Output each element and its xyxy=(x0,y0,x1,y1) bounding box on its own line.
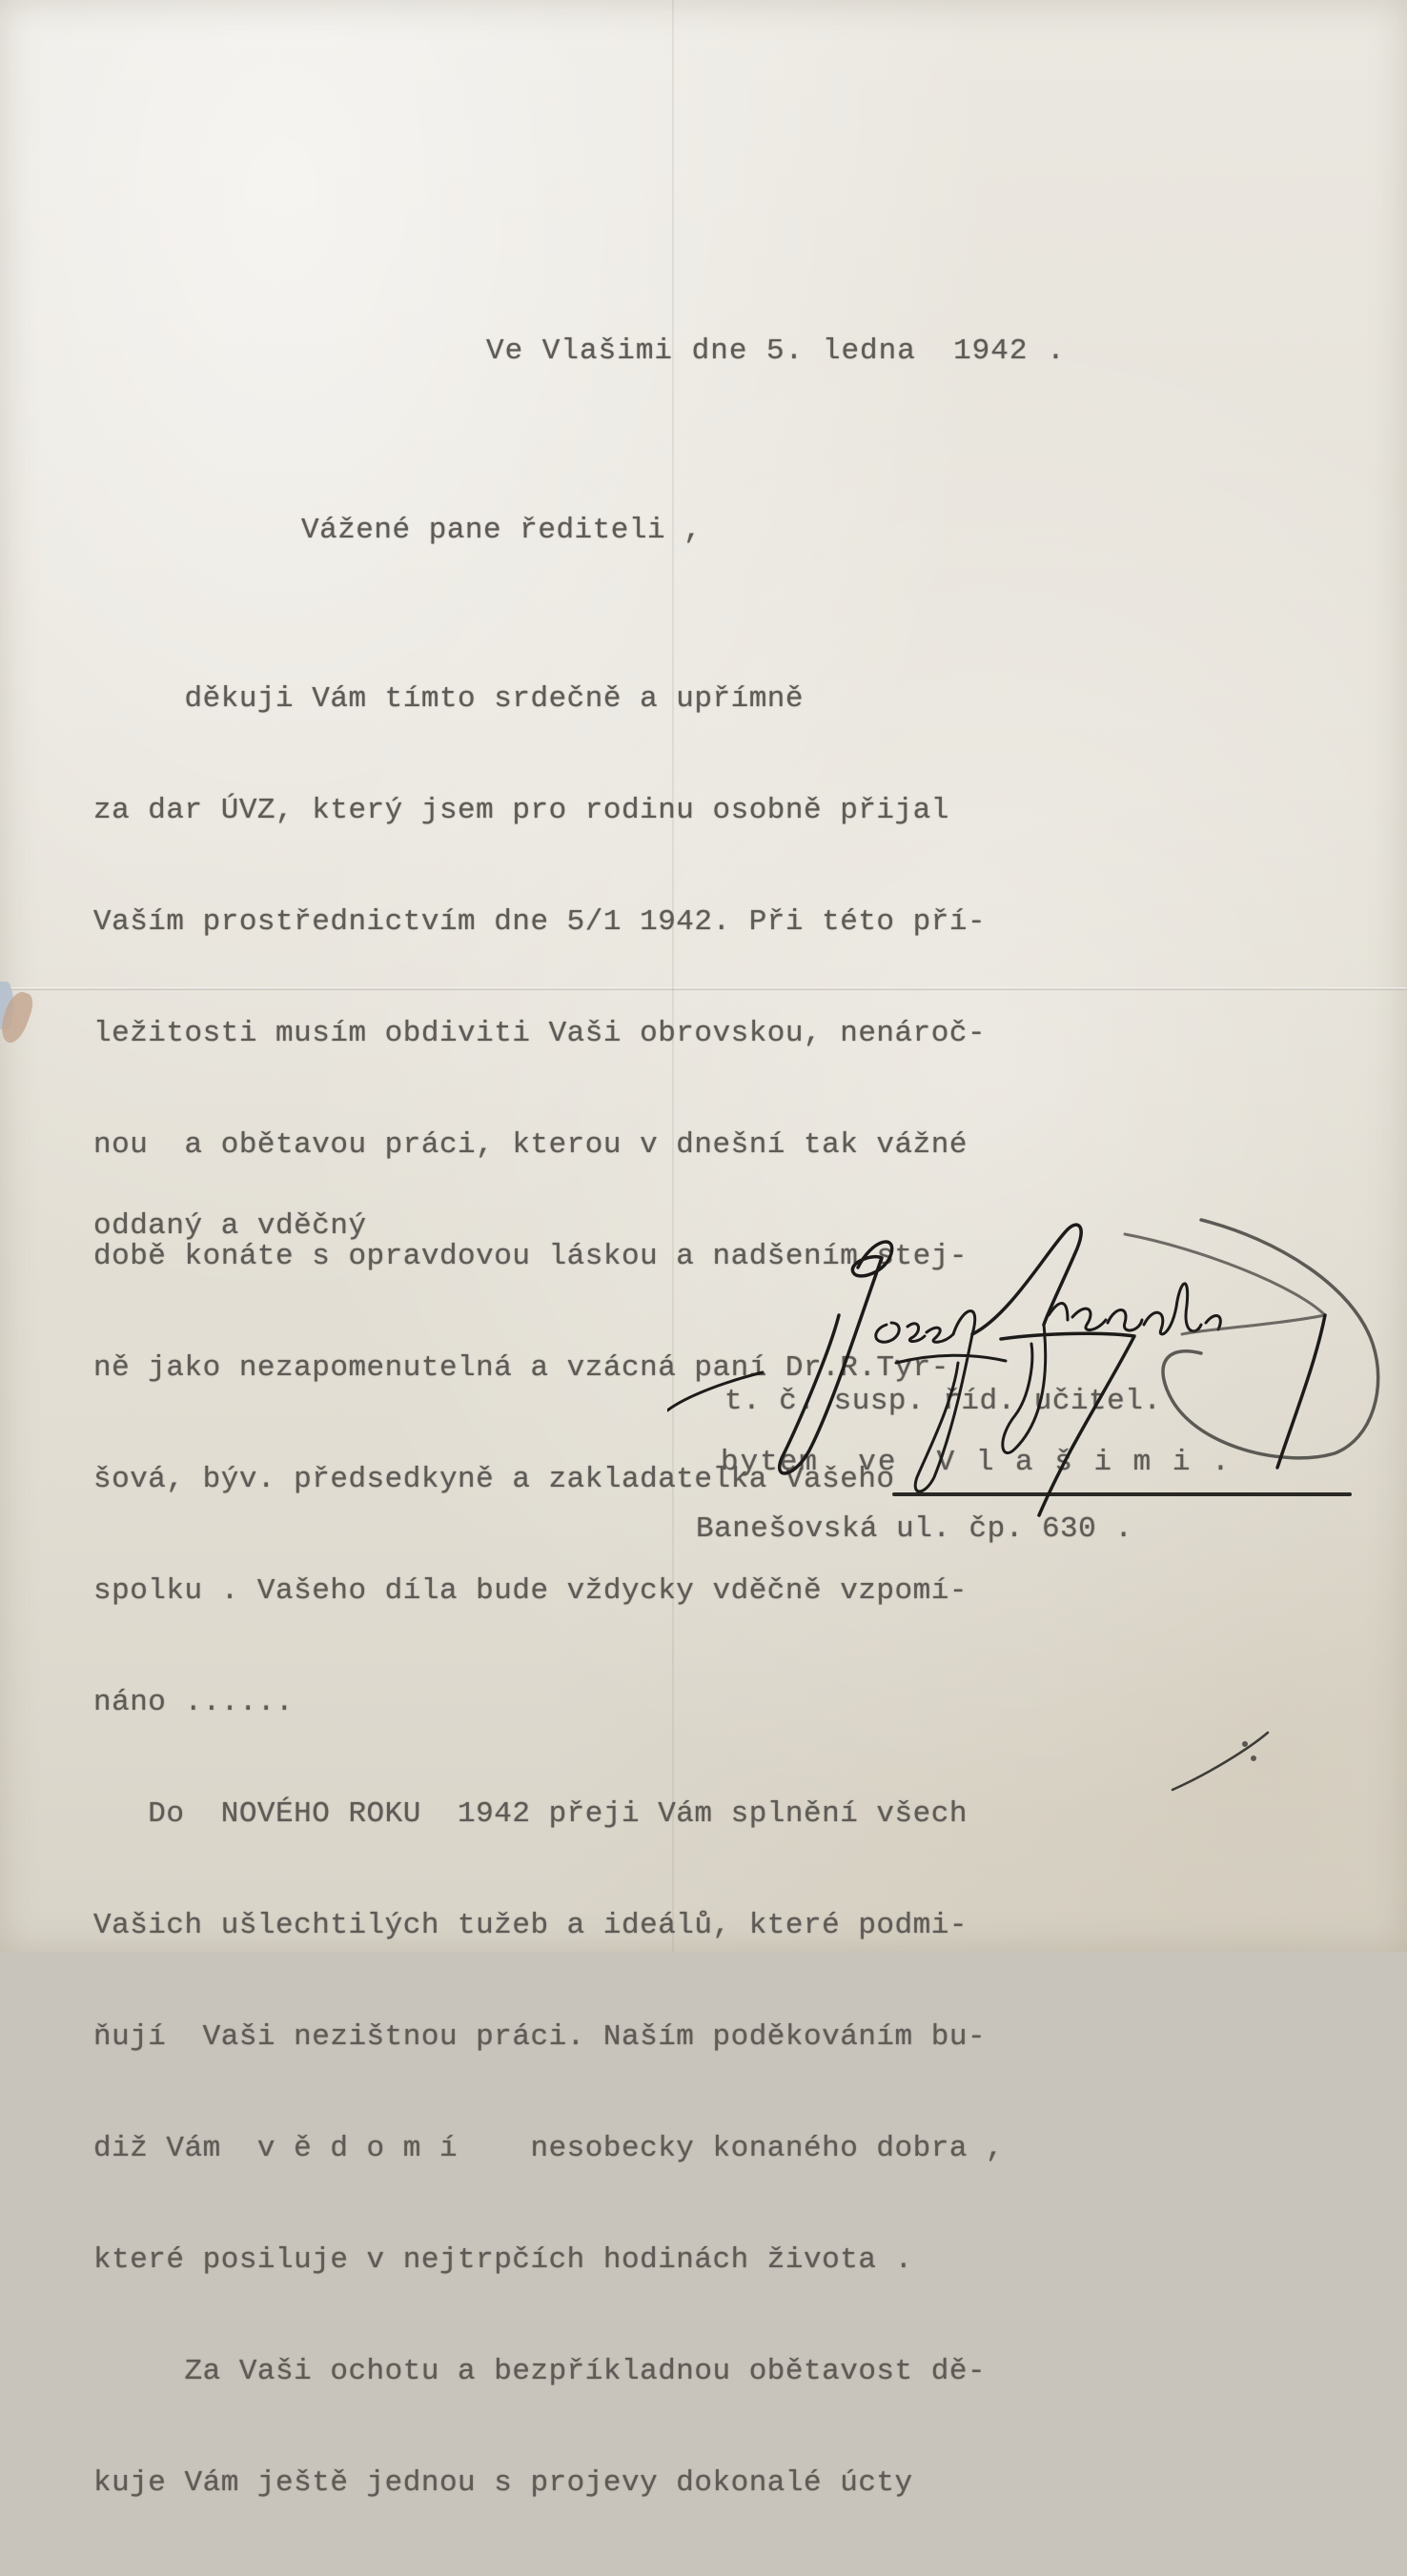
body-line: ležitosti musím obdiviti Vaši obrovskou,… xyxy=(93,1015,1004,1052)
place-date-line: Ve Vlašimi dne 5. ledna 1942 . xyxy=(486,334,1066,370)
body-line: spolku . Vašeho díla bude vždycky vděčně… xyxy=(93,1572,1004,1610)
pencil-mark xyxy=(1153,1715,1277,1792)
salutation: Vážené pane řediteli , xyxy=(301,513,702,549)
body-line: náno ...... xyxy=(93,1684,1004,1721)
body-line: Do NOVÉHO ROKU 1942 přeji Vám splnění vš… xyxy=(93,1795,1004,1833)
handwritten-signature xyxy=(667,1210,1392,1525)
body-line: děkuji Vám tímto srdečně a upřímně xyxy=(93,680,1004,718)
closing-phrase: oddaný a vděčný xyxy=(93,1208,367,1245)
body-line: nou a obětavou práci, kterou v dnešní ta… xyxy=(93,1126,1004,1164)
body-line: Vaším prostřednictvím dne 5/1 1942. Při … xyxy=(93,903,1004,941)
letter-paper: Ve Vlašimi dne 5. ledna 1942 . Vážené pa… xyxy=(0,0,1407,1952)
body-line: Vašich ušlechtilých tužeb a ideálů, kter… xyxy=(93,1907,1004,1944)
body-line: za dar ÚVZ, který jsem pro rodinu osobně… xyxy=(93,792,1004,829)
